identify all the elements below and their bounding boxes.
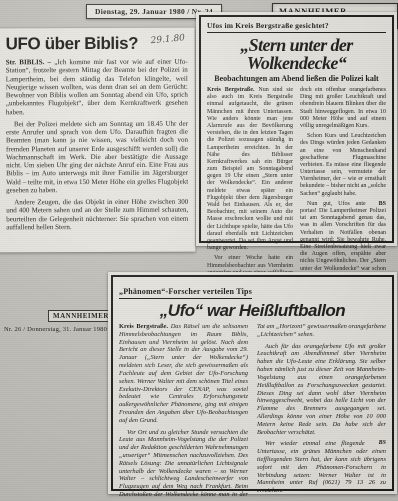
clipping-stern-unter-der-wolkendecke: Ufos im Kreis Bergstraße gesichtet? „Ste… [196, 12, 397, 246]
biblis-lead-in: Str. BIBLIS. – [6, 58, 51, 66]
stern-lead-in: Kreis Bergstraße. [207, 87, 255, 93]
ballon-paragraph: Kreis Bergstraße. Das Rätsel um die selt… [119, 323, 248, 425]
ballon-headline: „Ufo“ war Heißluftballon [119, 302, 386, 319]
biblis-paragraph: Str. BIBLIS. – „Ich komme mir fast vor w… [6, 58, 188, 116]
biblis-paragraph: Andere Zeugen, die das Objekt in einer H… [6, 198, 188, 232]
clipping-ufo-war-heissluftballon: „Phänomen“-Forscher verteilen Tips „Ufo“… [108, 272, 397, 494]
stern-kicker: Ufos im Kreis Bergstraße gesichtet? [207, 21, 386, 33]
stern-headline: „Stern unter der Wolkendecke“ [207, 36, 386, 72]
biblis-paragraph: Bei der Polizei meldete sich am Sonntag … [6, 119, 188, 194]
stern-article-body: Kreis Bergstraße. Nun sind sie also auch… [207, 87, 386, 284]
stern-paragraph: Schon Kurs und Leuchtzeichen des Dings w… [300, 133, 386, 198]
fragment-dateline: Nr. 26 / Donnerstag, 31. Januar 1980 [4, 326, 107, 333]
clipping-ufo-ueber-biblis: UFO über Biblis? 29.1.80 Str. BIBLIS. – … [0, 28, 195, 253]
article-frame: Ufos im Kreis Bergstraße gesichtet? „Ste… [199, 15, 394, 243]
ballon-paragraph: Auch für das orangefarbene Ufo mit große… [257, 343, 386, 437]
handwritten-date-annotation: 29.1.80 [150, 33, 185, 46]
ballon-paragraph: BSWer wieder einmal eine fliegende Unter… [257, 440, 386, 495]
ballon-kicker: „Phänomen“-Forscher verteilen Tips [119, 287, 252, 299]
stern-subhead: Beobachtungen am Abend ließen die Polize… [207, 74, 386, 83]
biblis-headline: UFO über Biblis? [6, 34, 139, 54]
biblis-article-body: Str. BIBLIS. – „Ich komme mir fast vor w… [6, 58, 189, 232]
stern-author-initials: BS [366, 201, 386, 208]
stern-paragraph: BSNun gut, Ufos ante portas! Die Lampert… [300, 201, 386, 280]
ballon-lead-in: Kreis Bergstraße. [119, 323, 168, 330]
scanned-newspaper-collage: Dienstag, 29. Januar 1980 / Nr. 24 MANNH… [0, 0, 398, 501]
ballon-article-body: Kreis Bergstraße. Das Rätsel um die selt… [119, 323, 386, 499]
ballon-author-initials: BS [365, 440, 386, 447]
article-frame: „Phänomen“-Forscher verteilen Tips „Ufo“… [111, 275, 394, 491]
stern-paragraph: Kreis Bergstraße. Nun sind sie also auch… [207, 87, 293, 252]
